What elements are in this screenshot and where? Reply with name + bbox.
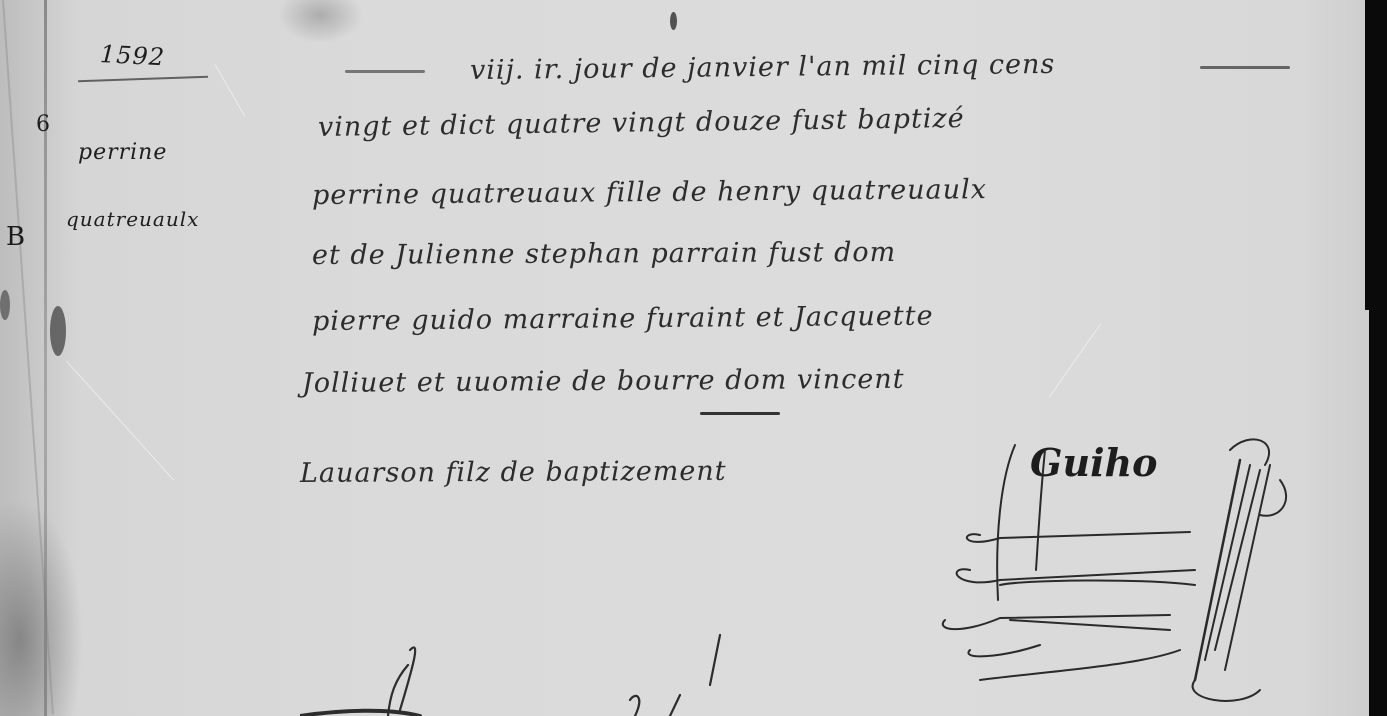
entry-line-1: viij. ir. jour de janvier l'an mil cinq … [470, 49, 1056, 86]
entry-line-7: Lauarson filz de baptizement [300, 456, 727, 489]
next-entry-partial-strokes [300, 600, 1020, 716]
scan-right-border-notch [1365, 0, 1373, 310]
entry-line-5: pierre guido marraine furaint et Jacquet… [312, 301, 934, 337]
entry-line-6: Jolliuet et uuomie de bourre dom vincent [302, 364, 905, 399]
paper-scratch [215, 64, 246, 116]
line-filler-dash [345, 70, 425, 73]
margin-name-last: quatreuaulx [66, 207, 199, 231]
margin-underline [78, 76, 208, 83]
line-filler-dash [1200, 66, 1290, 69]
margin-name-first: perrine [78, 140, 167, 165]
line-filler-dash [700, 412, 780, 415]
paper-scratch [66, 361, 174, 481]
entry-line-2: vingt et dict quatre vingt douze fust ba… [318, 103, 965, 143]
margin-edge-mark: B [6, 222, 26, 252]
paper-scratch [1049, 323, 1101, 397]
entry-line-3: perrine quatreuaux fille de henry quatre… [312, 174, 987, 211]
manuscript-page: 1592 6 perrine quatreuaulx B viij. ir. j… [0, 0, 1387, 716]
ink-stain [50, 306, 66, 356]
ink-stain [0, 290, 10, 320]
margin-entry-number: 6 [36, 112, 51, 137]
entry-line-4: et de Julienne stephan parrain fust dom [312, 237, 896, 271]
ink-dot [670, 12, 677, 30]
margin-fold-line [44, 0, 47, 716]
margin-year: 1592 [99, 40, 165, 71]
